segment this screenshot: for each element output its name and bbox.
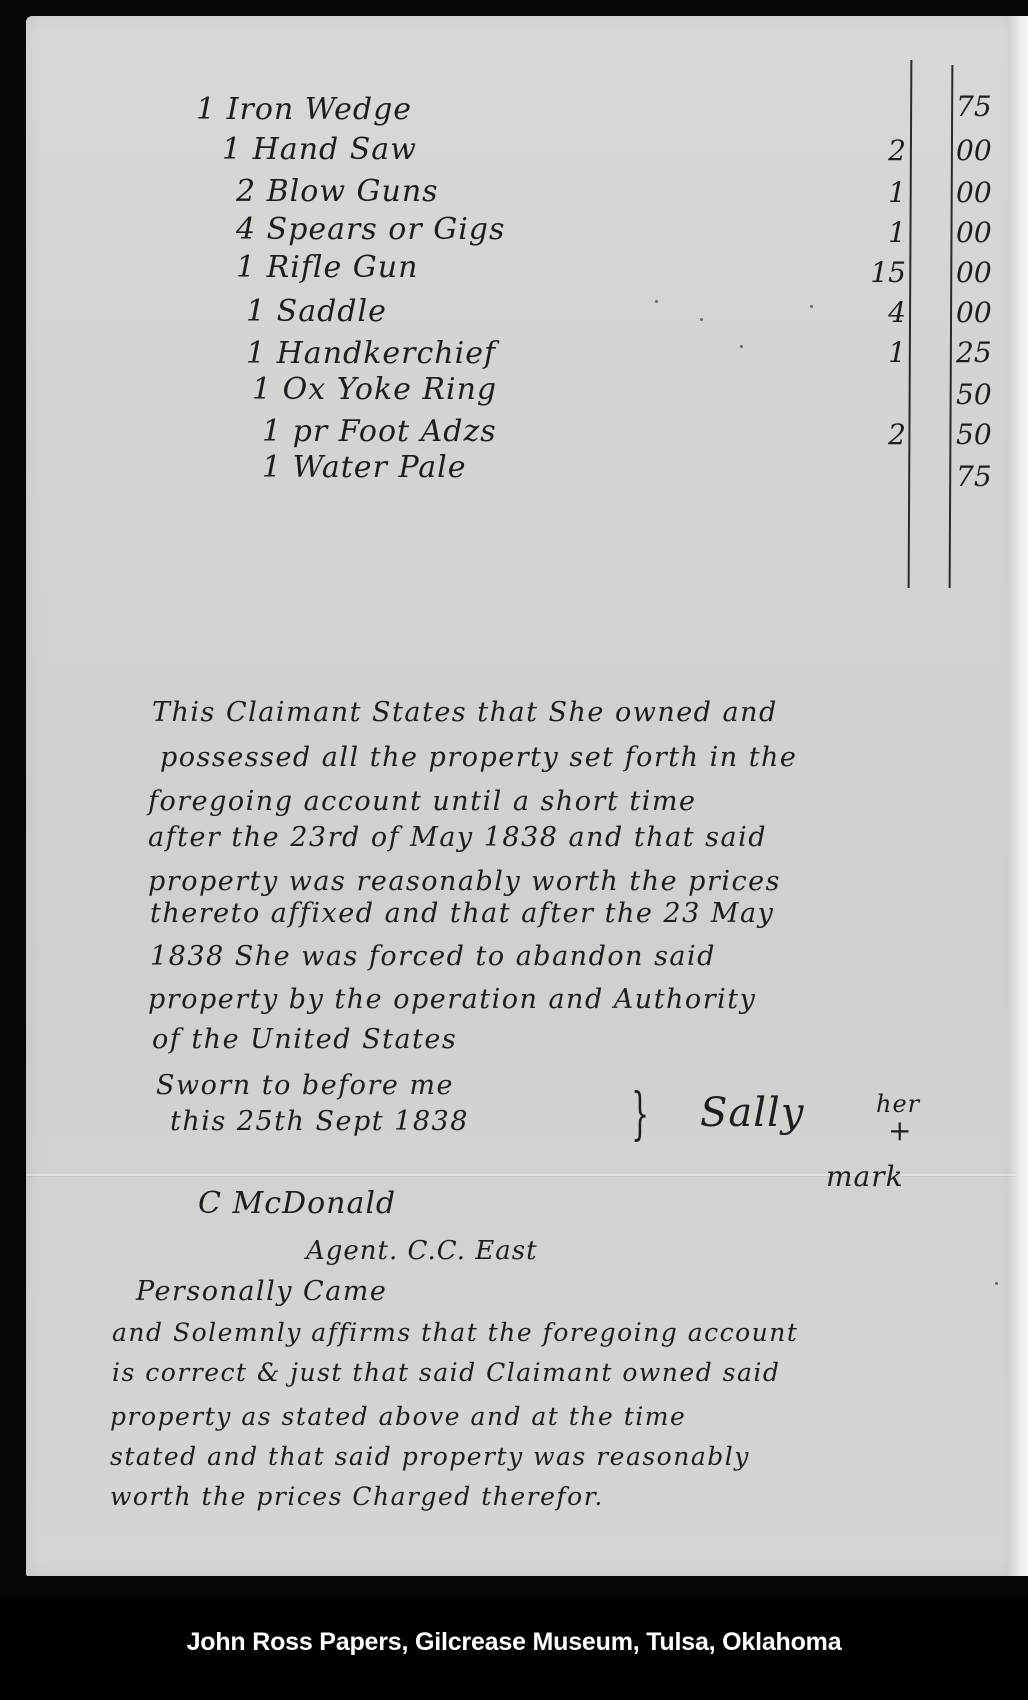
- list-item: 1 Saddle: [246, 294, 387, 329]
- statement-line: 1838 She was forced to abandon said: [150, 941, 716, 972]
- price-cents: 50: [956, 378, 1006, 411]
- price-cents: 00: [956, 134, 1006, 167]
- item-qty: 1: [196, 92, 216, 127]
- agent-title: Agent. C.C. East: [306, 1236, 538, 1266]
- price-cents: 00: [956, 176, 1006, 209]
- ink-speck: [995, 1282, 998, 1285]
- item-name: pr Foot Adzs: [293, 414, 497, 449]
- statement-line: property was reasonably worth the prices: [148, 866, 781, 897]
- item-qty: 4: [236, 212, 256, 247]
- statement-line: foregoing account until a short time: [148, 786, 696, 817]
- item-name: Hand Saw: [253, 132, 417, 167]
- price-dollars: 4: [866, 296, 906, 329]
- affidavit-line: worth the prices Charged therefor.: [110, 1482, 604, 1511]
- item-name: Rifle Gun: [267, 250, 419, 285]
- statement-line: possessed all the property set forth in …: [160, 742, 797, 773]
- list-item: 1 pr Foot Adzs: [262, 414, 497, 449]
- statement-line: after the 23rd of May 1838 and that said: [148, 822, 767, 853]
- price-cents: 50: [956, 418, 1006, 451]
- statement-line: This Claimant States that She owned and: [152, 697, 778, 728]
- cross-mark-icon: +: [888, 1114, 912, 1147]
- statement-line: thereto affixed and that after the 23 Ma…: [150, 898, 774, 929]
- price-dollars: 1: [866, 336, 906, 369]
- price-dollars: 2: [866, 418, 906, 451]
- ink-speck: [655, 300, 658, 303]
- ink-speck: [740, 345, 743, 348]
- agent-signature: C McDonald: [198, 1186, 396, 1221]
- statement-line: property by the operation and Authority: [148, 984, 756, 1015]
- affidavit-line: property as stated above and at the time: [110, 1402, 686, 1431]
- statement-line: of the United States: [152, 1024, 457, 1055]
- item-qty: 1: [236, 250, 256, 285]
- price-cents: 75: [956, 90, 1006, 123]
- list-item: 1 Water Pale: [262, 450, 467, 485]
- list-item: 1 Hand Saw: [222, 132, 417, 167]
- list-item: 1 Ox Yoke Ring: [252, 372, 497, 407]
- price-dollars: 15: [866, 256, 906, 289]
- item-qty: 1: [222, 132, 242, 167]
- top-border: [0, 0, 1028, 16]
- archive-caption: John Ross Papers, Gilcrease Museum, Tuls…: [0, 1628, 1028, 1657]
- list-item: 1 Iron Wedge: [196, 92, 412, 127]
- price-cents: 25: [956, 336, 1006, 369]
- list-item: 1 Rifle Gun: [236, 250, 418, 285]
- item-name: Iron Wedge: [227, 92, 412, 127]
- brace-icon: }: [631, 1082, 649, 1147]
- item-name: Ox Yoke Ring: [283, 372, 498, 407]
- price-dollars: 1: [866, 176, 906, 209]
- list-item: 4 Spears or Gigs: [236, 212, 505, 247]
- item-qty: 1: [246, 336, 266, 371]
- price-cents: 00: [956, 216, 1006, 249]
- sworn-line: Sworn to before me: [156, 1070, 454, 1101]
- item-name: Handkerchief: [277, 336, 496, 371]
- affidavit-line: is correct & just that said Claimant own…: [112, 1358, 780, 1387]
- sworn-date: this 25th Sept 1838: [170, 1106, 469, 1137]
- affidavit-opening: Personally Came: [136, 1276, 387, 1307]
- item-name: Saddle: [277, 294, 387, 329]
- item-qty: 1: [252, 372, 272, 407]
- item-qty: 1: [246, 294, 266, 329]
- list-item: 2 Blow Guns: [236, 174, 439, 209]
- item-name: Spears or Gigs: [267, 212, 506, 247]
- item-name: Blow Guns: [267, 174, 439, 209]
- list-item: 1 Handkerchief: [246, 336, 496, 371]
- item-qty: 1: [262, 450, 282, 485]
- affidavit-line: stated and that said property was reason…: [110, 1442, 750, 1471]
- item-qty: 1: [262, 414, 282, 449]
- price-cents: 00: [956, 296, 1006, 329]
- price-cents: 00: [956, 256, 1006, 289]
- affidavit-line: and Solemnly affirms that the foregoing …: [112, 1318, 798, 1347]
- page-edge: [1008, 16, 1028, 1576]
- ink-speck: [700, 318, 703, 321]
- ink-speck: [810, 305, 813, 308]
- item-name: Water Pale: [293, 450, 467, 485]
- signature-mark: mark: [826, 1160, 904, 1193]
- price-dollars: 2: [866, 134, 906, 167]
- item-qty: 2: [236, 174, 256, 209]
- signature-name: Sally: [700, 1090, 804, 1136]
- price-dollars: 1: [866, 216, 906, 249]
- price-cents: 75: [956, 460, 1006, 493]
